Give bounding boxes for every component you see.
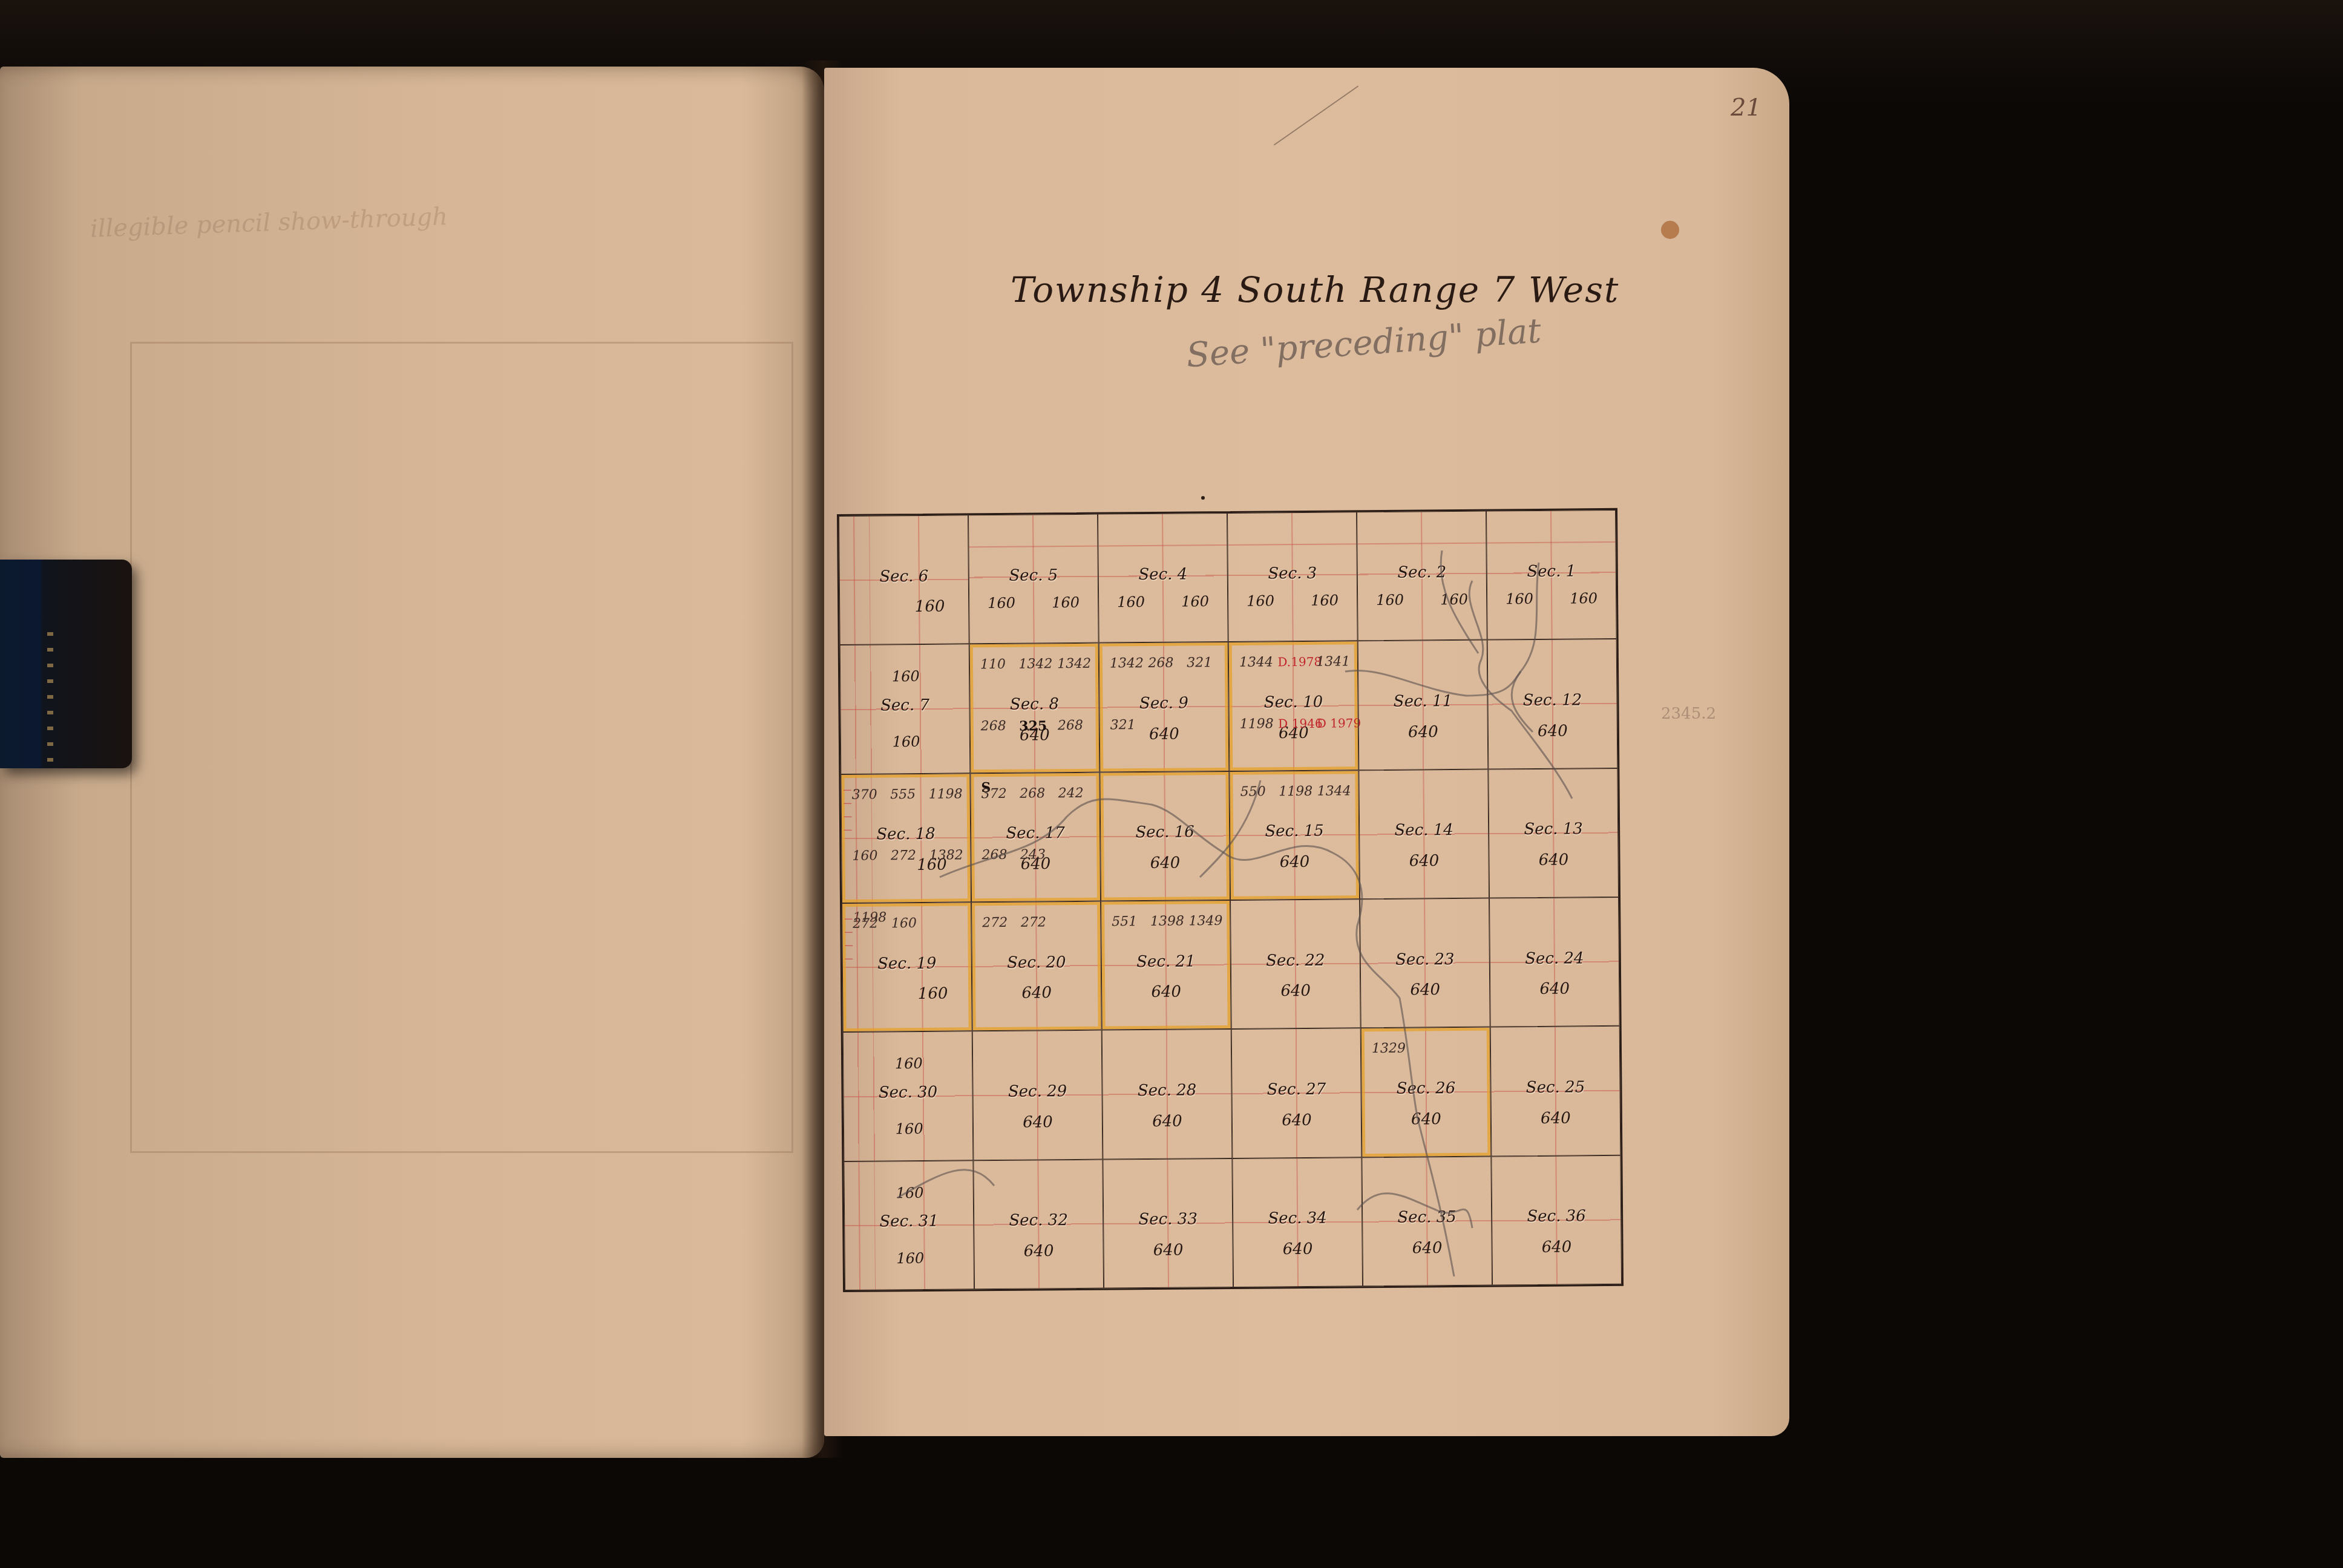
section-acreage: 160 <box>1376 592 1404 609</box>
section-label: Sec. 26 <box>1362 1079 1490 1098</box>
section-label: Sec. 2 <box>1358 563 1486 582</box>
entry-annotation: 272 <box>891 848 916 863</box>
section-acreage: 640 <box>1233 1240 1362 1259</box>
section-acreage: 160 <box>895 1055 972 1073</box>
entry-annotation: 268 <box>981 719 1006 734</box>
section-acreage: 160 <box>1440 591 1468 608</box>
section-label: Sec. 33 <box>1104 1210 1232 1229</box>
entry-annotation: 160 <box>891 916 917 931</box>
section-label: Sec. 5 <box>969 566 1098 585</box>
entry-annotation: 551 <box>1112 914 1137 929</box>
section-acreage-row: 160160 <box>1487 590 1616 608</box>
entry-annotation: 1382 <box>929 848 963 863</box>
section-acreage: 640 <box>974 1112 1102 1132</box>
section-label: Sec. 8 <box>970 694 1098 714</box>
section-label: Sec. 20 <box>972 953 1101 972</box>
section-acreage: 640 <box>1489 851 1617 870</box>
margin-note: 2345.2 <box>1661 705 1716 723</box>
section-acreage-row: 160160 <box>1358 591 1486 609</box>
section-5: Sec. 5160160 <box>968 514 1099 644</box>
section-acreage: 160 <box>1181 593 1209 610</box>
entry-annotation: 321 <box>1110 717 1136 733</box>
section-label: Sec. 25 <box>1491 1078 1619 1097</box>
section-acreage: 160 <box>896 1120 972 1138</box>
section-36: Sec. 36640 <box>1491 1155 1622 1285</box>
section-label: Sec. 10 <box>1229 693 1357 712</box>
entry-annotation: 1349 <box>1188 913 1222 929</box>
section-label: Sec. 4 <box>1099 564 1227 584</box>
section-6: Sec. 6160 <box>839 515 969 645</box>
section-acreage: 640 <box>1103 1111 1231 1131</box>
section-7: Sec. 7160160 <box>840 644 971 774</box>
section-label: Sec. 23 <box>1361 950 1489 969</box>
section-label: Sec. 29 <box>973 1082 1101 1101</box>
entry-annotation: 268 <box>1148 656 1173 671</box>
section-18: Sec. 18160————370555119816027213821198 <box>841 773 971 903</box>
section-label: Sec. 24 <box>1490 949 1619 968</box>
section-acreage: 160 <box>1570 590 1597 607</box>
section-label: Sec. 16 <box>1101 823 1229 842</box>
section-acreage-row: 160160 <box>1099 593 1227 611</box>
section-label: Sec. 27 <box>1232 1080 1360 1099</box>
section-acreage: 160 <box>893 733 969 751</box>
entry-annotation: 1198 <box>1279 784 1312 799</box>
entry-annotation: 1344 <box>1239 655 1273 670</box>
section-label: Sec. 22 <box>1231 951 1360 970</box>
section-35: Sec. 35640 <box>1362 1156 1492 1286</box>
entry-annotation: 372 <box>981 786 1006 802</box>
section-acreage: 640 <box>1231 981 1360 1001</box>
entry-annotation: 1398 <box>1150 914 1184 929</box>
section-label: Sec. 1 <box>1487 561 1616 581</box>
entry-annotation: 268 <box>981 848 1007 863</box>
entry-annotation: 1198 <box>1240 716 1274 731</box>
section-acreage-row: 160160 <box>892 668 969 751</box>
section-1: Sec. 1160160 <box>1486 510 1617 640</box>
section-25: Sec. 25640 <box>1490 1026 1621 1156</box>
section-10: Sec. 106401344D.197813411198D 1946D 1979 <box>1228 641 1359 771</box>
ink-dot <box>1201 496 1205 500</box>
section-8: Sec. 864011013421342268325268S <box>969 643 1100 773</box>
section-label: Sec. 12 <box>1488 691 1616 710</box>
section-19: Sec. 19160————272160 <box>842 902 972 1032</box>
entry-annotation: 370 <box>852 787 877 802</box>
section-acreage: 640 <box>1233 1111 1361 1130</box>
section-label: Sec. 6 <box>840 567 968 586</box>
section-acreage: 640 <box>1492 1238 1620 1257</box>
entry-annotation: 1198 <box>929 786 963 802</box>
page-number: 21 <box>1731 94 1761 122</box>
entry-annotation: 268 <box>1020 786 1045 801</box>
section-30: Sec. 30160160 <box>843 1031 974 1161</box>
entry-annotation: 268 <box>1058 718 1083 733</box>
section-22: Sec. 22640 <box>1230 899 1361 1029</box>
section-acreage: 640 <box>1104 1241 1232 1260</box>
entry-annotation: D 1979 <box>1317 716 1361 731</box>
section-4: Sec. 4160160 <box>1098 513 1228 643</box>
section-label: Sec. 28 <box>1103 1081 1231 1100</box>
section-acreage: 160 <box>1506 590 1533 607</box>
entry-annotation: 1342 <box>1018 657 1052 672</box>
section-acreage: 160 <box>891 598 968 616</box>
section-28: Sec. 28640 <box>1102 1029 1233 1159</box>
section-13: Sec. 13640 <box>1488 768 1619 898</box>
entry-annotation: 272 <box>982 915 1008 930</box>
entry-annotation: 272 <box>853 916 878 932</box>
section-acreage: 640 <box>974 1241 1103 1261</box>
book-weight-gilt-dots <box>47 632 53 765</box>
section-acreage-row: 160160 <box>1228 592 1357 610</box>
section-acreage: 160 <box>1247 592 1274 609</box>
section-15: Sec. 1564055011981344 <box>1229 770 1360 900</box>
section-3: Sec. 3160160 <box>1227 512 1358 642</box>
show-through-text: illegible pencil show-through <box>90 196 637 287</box>
section-acreage: 160 <box>1117 593 1145 610</box>
section-34: Sec. 34640 <box>1232 1157 1363 1287</box>
section-acreage-row: 160160 <box>969 594 1098 612</box>
entry-annotation: 272 <box>1021 915 1046 930</box>
section-27: Sec. 27640 <box>1231 1028 1362 1158</box>
section-26: Sec. 266401329 <box>1361 1027 1492 1157</box>
entry-annotation: 1342 <box>1057 656 1091 671</box>
section-31: Sec. 31160160 <box>844 1160 974 1290</box>
section-label: Sec. 9 <box>1099 694 1228 713</box>
section-label: Sec. 35 <box>1363 1208 1491 1227</box>
section-acreage: 640 <box>1492 1108 1620 1128</box>
section-24: Sec. 24640 <box>1489 897 1620 1027</box>
section-acreage: 640 <box>1101 854 1229 873</box>
section-label: Sec. 11 <box>1358 691 1487 711</box>
entry-annotation: 1344 <box>1317 783 1351 799</box>
entry-annotation: 242 <box>1058 786 1084 801</box>
section-12: Sec. 12640 <box>1487 639 1618 769</box>
section-acreage: 160 <box>896 1184 973 1201</box>
section-label: Sec. 34 <box>1233 1209 1362 1228</box>
section-acreage: 160 <box>894 985 971 1004</box>
section-acreage: 640 <box>1490 979 1619 999</box>
book-weight <box>0 560 132 768</box>
section-acreage: 640 <box>1489 721 1617 740</box>
entry-annotation: 160 <box>852 849 877 864</box>
entry-annotation: D 1946 <box>1278 716 1322 731</box>
entry-annotation: D.1978 <box>1277 655 1322 670</box>
entry-annotation: 550 <box>1240 784 1265 799</box>
section-label: Sec. 15 <box>1230 822 1358 841</box>
entry-annotation: 110 <box>980 657 1006 672</box>
section-label: Sec. 14 <box>1360 821 1488 840</box>
section-23: Sec. 23640 <box>1360 898 1490 1028</box>
section-label: Sec. 13 <box>1489 820 1617 839</box>
entry-annotation: 243 <box>1020 848 1046 863</box>
section-acreage: 160 <box>896 1249 973 1267</box>
section-acreage-row: 160160 <box>895 1055 972 1138</box>
section-acreage: 160 <box>892 668 969 685</box>
section-acreage: 640 <box>1102 982 1230 1002</box>
section-acreage: 640 <box>1230 852 1358 872</box>
section-label: Sec. 17 <box>971 824 1099 843</box>
left-page-frame <box>130 342 793 1153</box>
entry-annotation: 555 <box>890 787 916 802</box>
section-label: Sec. 36 <box>1492 1207 1620 1226</box>
plat-title: Township 4 South Range 7 West <box>1011 269 1619 310</box>
section-9: Sec. 96401342268321321 <box>1099 642 1230 772</box>
section-20: Sec. 20640272272 <box>971 901 1102 1031</box>
section-acreage: 640 <box>1359 722 1487 742</box>
section-acreage: 640 <box>1361 981 1489 1000</box>
section-16: Sec. 16640 <box>1099 771 1230 901</box>
section-acreage: 640 <box>972 984 1101 1003</box>
entry-annotation: 1329 <box>1372 1041 1406 1056</box>
entry-annotation: 1342 <box>1110 656 1144 671</box>
section-acreage: 160 <box>1052 594 1080 611</box>
section-acreage: 640 <box>1362 1109 1490 1129</box>
section-14: Sec. 14640 <box>1358 769 1489 899</box>
section-label: Sec. 3 <box>1228 564 1357 583</box>
section-acreage: 160 <box>988 595 1015 612</box>
entry-annotation: 1341 <box>1316 655 1350 670</box>
section-29: Sec. 29640 <box>972 1030 1103 1160</box>
section-32: Sec. 32640 <box>973 1159 1104 1289</box>
section-21: Sec. 2164055113981349 <box>1101 900 1231 1030</box>
section-acreage-row: 160160 <box>896 1184 974 1267</box>
section-label: Sec. 21 <box>1102 952 1230 971</box>
entry-annotation: 325 <box>1019 718 1047 734</box>
section-17: Sec. 17640372268242268243 <box>970 772 1101 902</box>
section-11: Sec. 11640 <box>1358 640 1489 770</box>
section-acreage: 640 <box>1363 1238 1491 1258</box>
township-plat-grid: Sec. 6160Sec. 5160160Sec. 4160160Sec. 31… <box>837 508 1624 1292</box>
section-33: Sec. 33640 <box>1103 1158 1233 1289</box>
section-2: Sec. 2160160 <box>1357 511 1487 641</box>
section-label: Sec. 32 <box>974 1211 1103 1230</box>
section-acreage: 160 <box>1311 592 1339 609</box>
section-acreage: 640 <box>1360 851 1488 871</box>
paper-stain <box>1661 221 1679 239</box>
entry-annotation: 321 <box>1187 656 1212 671</box>
